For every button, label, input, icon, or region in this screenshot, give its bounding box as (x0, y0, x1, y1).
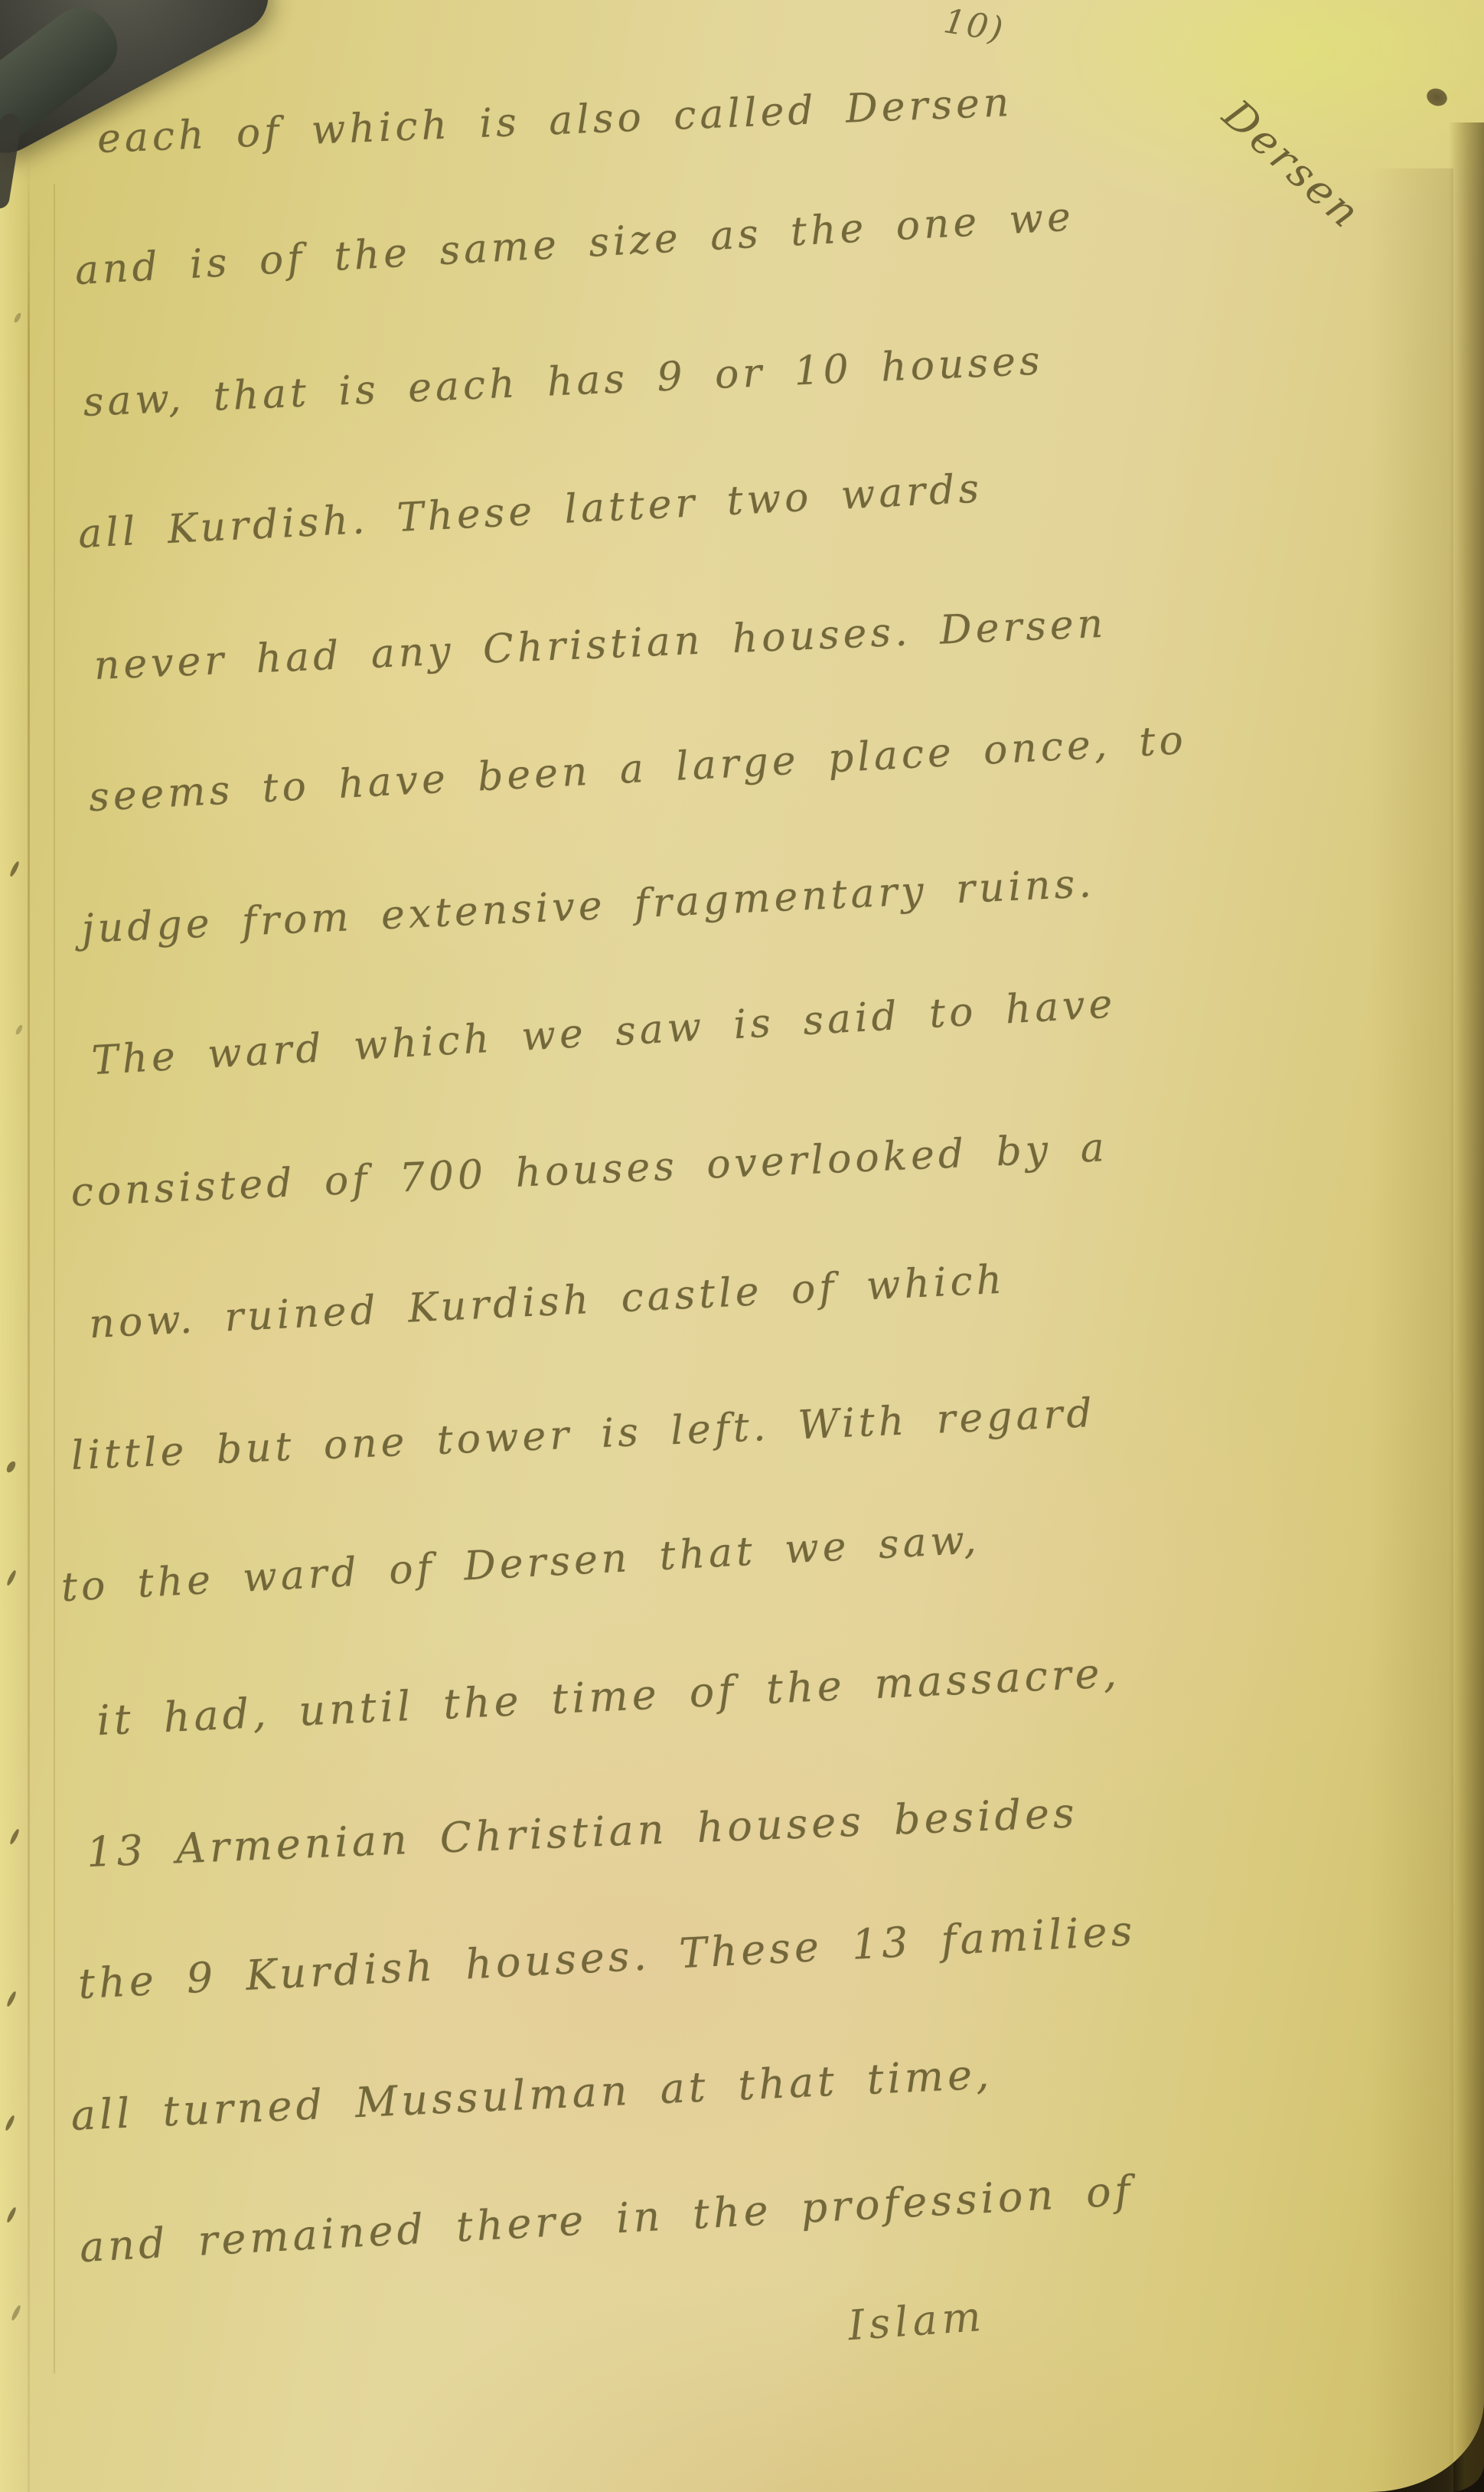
manuscript-lines: each of which is also called Dersen and … (73, 116, 1375, 2355)
closing-word-islam: Islam (846, 2292, 987, 2350)
manuscript-page: 10) Dersen each of which is also called … (0, 0, 1484, 2492)
manuscript-photo: 10) Dersen each of which is also called … (0, 0, 1484, 2492)
page-fold-line (28, 153, 30, 2492)
ink-blot (1424, 86, 1450, 109)
page-right-edge-shadow (1449, 122, 1484, 2492)
page-right-soft-shadow (1369, 168, 1453, 2492)
page-number: 10) (941, 2, 1006, 50)
page-margin-line (54, 184, 55, 2373)
